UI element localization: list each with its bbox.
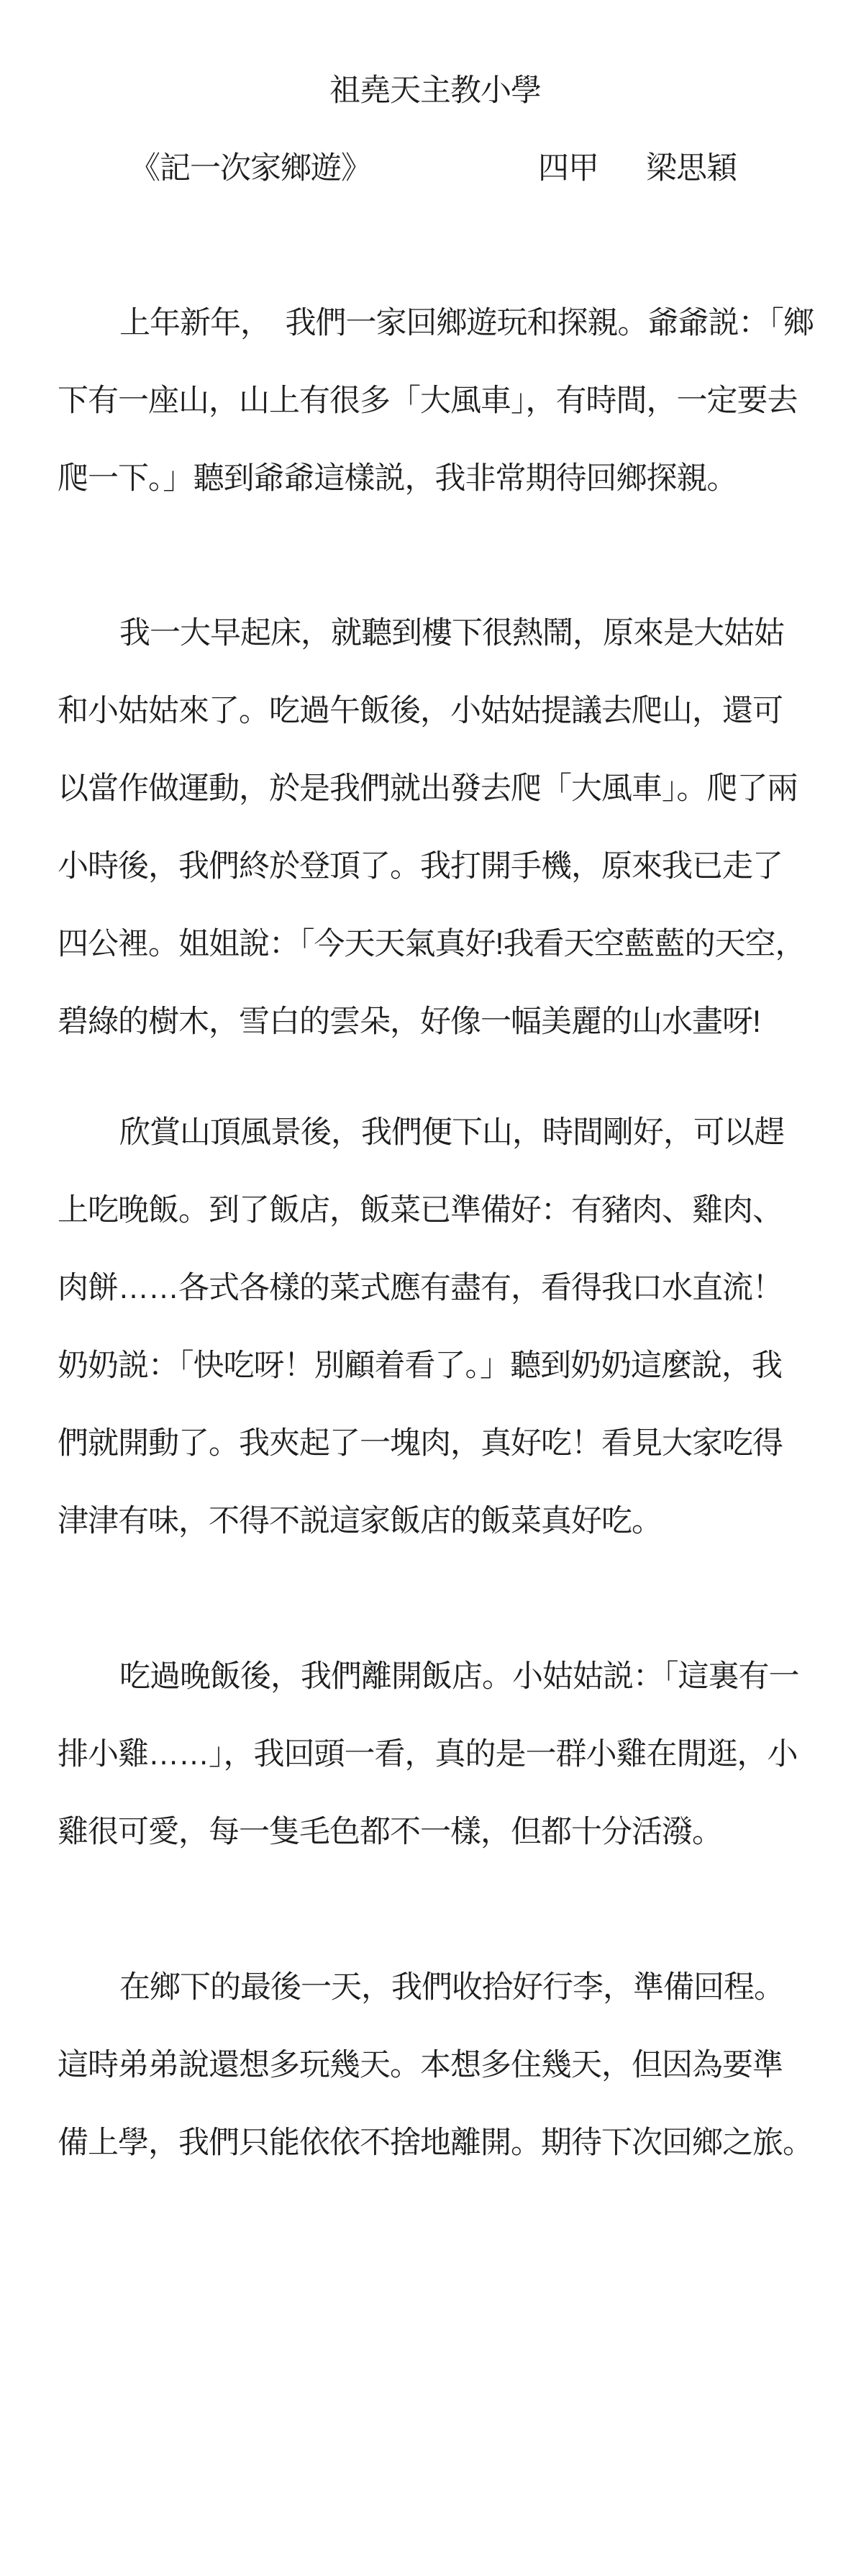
paragraph-4: 吃過晚飯後，我們離開飯店。小姑姑説：「這裏有一 排小雞……」，我回頭一看，真的是… [58,1638,813,1871]
essay-line: 以當作做運動，於是我們就出發去爬「大風車」。爬了兩 [58,750,813,827]
essay-line: 碧綠的樹木，雪白的雲朵，好像一幅美麗的山水畫呀! [58,983,813,1061]
essay-line: 小時後，我們終於登頂了。我打開手機，原來我已走了 [58,827,813,905]
paragraph-1: 上年新年， 我們一家回鄉遊玩和探親。爺爺説：「鄉 下有一座山，山上有很多「大風車… [58,284,813,517]
essay-line: 們就開動了。我夾起了一塊肉，真好吃！看見大家吃得 [58,1405,813,1482]
essay-line: 爬一下。」聽到爺爺這樣説，我非常期待回鄉探親。 [58,440,813,517]
essay-line: 欣賞山頂風景後，我們便下山，時間剛好，可以趕 [58,1094,813,1171]
essay-line: 四公裡。姐姐說：「今天天氣真好!我看天空藍藍的天空， [58,905,813,983]
paragraph-5: 在鄉下的最後一天，我們收拾好行李，準備回程。 這時弟弟說還想多玩幾天。本想多住幾… [58,1949,813,2182]
essay-line: 上吃晚飯。到了飯店，飯菜已準備好：有豬肉、雞肉、 [58,1171,813,1249]
student-name: 梁思穎 [646,130,737,207]
paragraph-2: 我一大早起床，就聽到樓下很熱鬧，原來是大姑姑 和小姑姑來了。吃過午飯後，小姑姑提… [58,594,813,1061]
essay-line: 我一大早起床，就聽到樓下很熱鬧，原來是大姑姑 [58,594,813,672]
essay-line: 上年新年， 我們一家回鄉遊玩和探親。爺爺説：「鄉 [58,284,813,362]
essay-line: 吃過晚飯後，我們離開飯店。小姑姑説：「這裏有一 [58,1638,813,1715]
essay-line: 津津有味，不得不説這家飯店的飯菜真好吃。 [58,1482,813,1560]
essay-line: 下有一座山，山上有很多「大風車」，有時間，一定要去 [58,362,813,440]
essay-line: 排小雞……」，我回頭一看，真的是一群小雞在閒逛，小 [58,1715,813,1793]
essay-title: 《記一次家鄉遊》 [129,130,371,207]
document-page: 祖堯天主教小學 《記一次家鄉遊》 四甲 梁思穎 上年新年， 我們一家回鄉遊玩和探… [0,0,856,2576]
school-name: 祖堯天主教小學 [58,52,813,130]
essay-line: 在鄉下的最後一天，我們收拾好行李，準備回程。 [58,1949,813,2026]
essay-line: 這時弟弟說還想多玩幾天。本想多住幾天，但因為要準 [58,2026,813,2104]
paragraph-3: 欣賞山頂風景後，我們便下山，時間剛好，可以趕 上吃晚飯。到了飯店，飯菜已準備好：… [58,1094,813,1560]
essay-line: 備上學，我們只能依依不捨地離開。期待下次回鄉之旅。 [58,2104,813,2182]
essay-line: 奶奶説：「快吃呀！別顧着看了。」聽到奶奶這麼說，我 [58,1327,813,1405]
essay-line: 和小姑姑來了。吃過午飯後，小姑姑提議去爬山，還可 [58,672,813,750]
byline-row: 《記一次家鄉遊》 四甲 梁思穎 [58,130,813,207]
essay-line: 肉餅……各式各樣的菜式應有盡有，看得我口水直流！ [58,1249,813,1327]
essay-line: 雞很可愛，每一隻毛色都不一樣，但都十分活潑。 [58,1793,813,1871]
class-name: 四甲 [538,130,598,207]
